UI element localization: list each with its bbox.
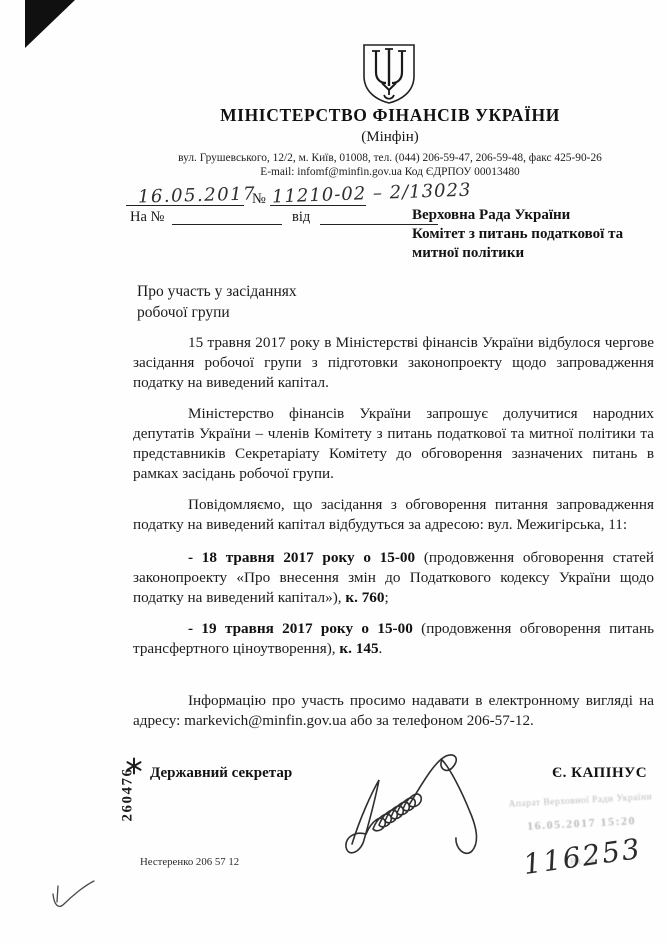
- meeting-room: к. 760: [345, 589, 384, 606]
- addressee-line: Комітет з питань податкової та: [412, 225, 662, 244]
- addressee-line: Верховна Рада України: [412, 206, 662, 225]
- ukraine-trident-emblem-icon: [356, 42, 422, 111]
- scan-corner-artifact: [25, 0, 75, 48]
- signer-title: Державний секретар: [150, 765, 292, 782]
- date-underline: [126, 205, 244, 206]
- addressee-block: Верховна Рада України Комітет з питань п…: [412, 206, 662, 263]
- ministry-email-line: E-mail: infomf@minfin.gov.ua Код ЄДРПОУ …: [74, 165, 668, 179]
- scanned-letter-page: МІНІСТЕРСТВО ФІНАНСІВ УКРАЇНИ (Мінфін) в…: [0, 0, 668, 944]
- executor-contact: Нестеренко 206 57 12: [140, 856, 239, 868]
- incoming-number-label: На №: [130, 209, 164, 226]
- paragraph: 15 травня 2017 року в Міністерстві фінан…: [133, 333, 654, 393]
- addressee-line: митної політики: [412, 244, 662, 263]
- paragraph: Повідомляємо, що засідання з обговорення…: [133, 495, 654, 535]
- from-date-label: від: [292, 209, 310, 226]
- ministry-address: вул. Грушевського, 12/2, м. Київ, 01008,…: [74, 151, 668, 165]
- stamp-date-line: 16.05.2017 15:20: [497, 812, 666, 836]
- ministry-short-name: (Мінфін): [74, 129, 668, 146]
- number-underline: [270, 205, 366, 206]
- subject-line: Про участь у засіданнях: [137, 281, 654, 302]
- meeting-tail: ;: [384, 589, 388, 606]
- meeting-datetime: - 19 травня 2017 року о 15-00: [188, 620, 413, 637]
- outgoing-date-handwritten: 16.05.2017: [138, 183, 257, 207]
- meeting-item: - 18 травня 2017 року о 15-00 (продовжен…: [133, 548, 654, 608]
- subject-block: Про участь у засіданнях робочої групи: [137, 281, 654, 323]
- outgoing-number-handwritten: 11210-02 – 2/13023: [272, 180, 472, 208]
- subject-line: робочої групи: [137, 302, 654, 323]
- meeting-room: к. 145: [339, 640, 378, 657]
- paragraph: Міністерство фінансів України запрошує д…: [133, 404, 654, 484]
- handwritten-signature-icon: [322, 748, 522, 868]
- signer-name: Є. КАПІНУС: [552, 765, 647, 782]
- registration-number-vertical: 260476: [92, 786, 164, 858]
- meeting-datetime: - 18 травня 2017 року о 15-00: [188, 549, 415, 566]
- handwritten-checkmark-icon: [48, 878, 98, 921]
- meeting-item: - 19 травня 2017 року о 15-00 (продовжен…: [133, 619, 654, 659]
- paragraph: Інформацію про участь просимо надавати в…: [133, 691, 654, 731]
- meeting-tail: .: [379, 640, 383, 657]
- incoming-number-underline: [172, 224, 282, 225]
- ministry-name: МІНІСТЕРСТВО ФІНАНСІВ УКРАЇНИ: [74, 105, 668, 126]
- number-sign: №: [252, 191, 266, 208]
- letter-body: Про участь у засіданнях робочої групи 15…: [133, 281, 654, 742]
